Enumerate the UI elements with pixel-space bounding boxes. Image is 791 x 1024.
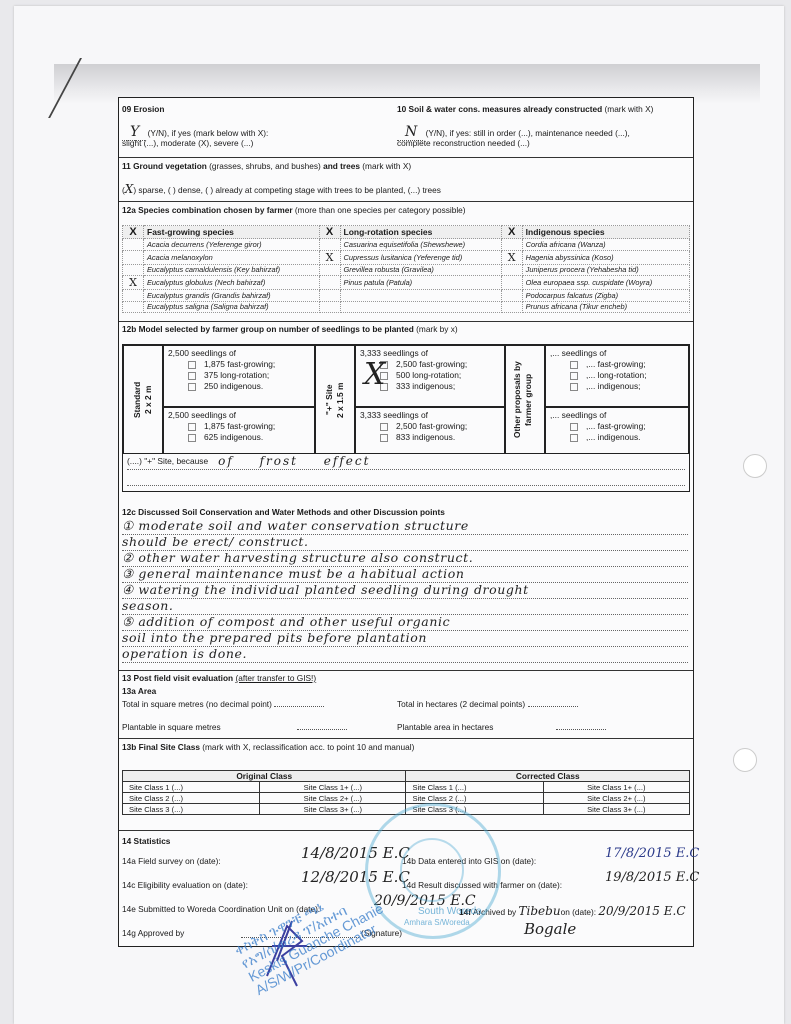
swc-reconstruction[interactable]: complete reconstruction needed (...)	[397, 138, 530, 148]
species-row: Eucalyptus grandis (Grandis bahirzaf)Pod…	[123, 290, 690, 302]
discussion-title: 12c Discussed Soil Conservation and Wate…	[122, 507, 445, 517]
punch-hole	[743, 454, 767, 478]
x-header: X	[319, 226, 340, 239]
other-proposals-label: Other proposals by farmer group	[512, 352, 540, 448]
species-mark-cell[interactable]	[319, 239, 340, 251]
species-name: Eucalyptus grandis (Grandis bahirzaf)	[144, 290, 320, 302]
checkbox[interactable]	[570, 423, 578, 431]
species-name: Acacia melanoxylon	[144, 250, 320, 264]
species-name: Podocarpus falcatus (Zigba)	[522, 290, 689, 302]
species-mark-cell[interactable]: X	[319, 250, 340, 264]
reason-line-2[interactable]	[127, 472, 685, 486]
vegetation-options[interactable]: (X) sparse, ( ) dense, ( ) already at co…	[122, 182, 441, 196]
discussion-line[interactable]: ③ general maintenance must be a habitual…	[122, 567, 688, 583]
model-standard-b[interactable]: 2,500 seedlings of 1,875 fast-growing; 6…	[163, 407, 315, 454]
model-other-b[interactable]: ,... seedlings of ,... fast-growing; ,..…	[545, 407, 689, 454]
fast-growing-header: Fast-growing species	[144, 226, 320, 239]
species-name: Casuarina equisetifolia (Shewshewe)	[340, 239, 501, 251]
archived-by-surname: Bogale	[524, 920, 576, 938]
species-name	[340, 290, 501, 302]
site-class-option[interactable]: Site Class 3+ (...)	[260, 804, 406, 815]
species-mark-cell[interactable]	[319, 264, 340, 276]
discussion-line[interactable]: ④ watering the individual planted seedli…	[122, 583, 688, 599]
checkbox[interactable]	[570, 434, 578, 442]
total-sqm-field[interactable]	[274, 706, 324, 707]
plus-site-reason: (....) "+" Site, because of frost effect	[123, 454, 689, 491]
species-row: Acacia melanoxylonXCupressus lusitanica …	[123, 250, 690, 264]
species-name: Olea europaea ssp. cuspidate (Woyra)	[522, 276, 689, 290]
species-row: Acacia decurrens (Yeferenge giror)Casuar…	[123, 239, 690, 251]
section-12a: 12a Species combination chosen by farmer…	[119, 201, 693, 322]
species-mark-cell[interactable]	[123, 239, 144, 251]
vegetation-mark: X	[125, 182, 134, 196]
model-other-a[interactable]: ,... seedlings of ,... fast-growing; ,..…	[545, 345, 689, 407]
indigenous-header: Indigenous species	[522, 226, 689, 239]
species-name: Eucalyptus globulus (Nech bahirzaf)	[144, 276, 320, 290]
erosion-severity[interactable]: slight (...), moderate (X), severe (...)	[122, 138, 253, 148]
area-title: 13a Area	[122, 686, 156, 696]
vegetation-title: 11 Ground vegetation (grasses, shrubs, a…	[122, 161, 411, 171]
species-mark-cell[interactable]	[501, 239, 522, 251]
selected-mark: X	[364, 360, 385, 390]
model-title: 12b Model selected by farmer group on nu…	[122, 324, 458, 334]
site-class-option[interactable]: Site Class 2 (...)	[123, 793, 260, 804]
punch-hole	[733, 748, 757, 772]
post-visit-title: 13 Post field visit evaluation (after tr…	[122, 673, 316, 683]
swc-options: (Y/N), if yes: still in order (...), mai…	[426, 128, 630, 138]
field-survey-label: 14a Field survey on (date):	[122, 856, 221, 866]
species-row: Eucalyptus saligna (Saligna bahirzaf)Pru…	[123, 301, 690, 313]
because-label: (....) "+" Site, because	[127, 456, 208, 469]
species-mark-cell[interactable]	[501, 301, 522, 313]
site-class-option[interactable]: Site Class 1+ (...)	[260, 782, 406, 793]
checkbox[interactable]	[380, 434, 388, 442]
site-class-option[interactable]: Site Class 3 (...)	[123, 804, 260, 815]
discussion-line[interactable]: operation is done.	[122, 647, 688, 663]
species-name: Prunus africana (Tikur encheb)	[522, 301, 689, 313]
plantable-sqm-field[interactable]	[297, 729, 347, 730]
species-table: XFast-growing species XLong-rotation spe…	[122, 225, 690, 313]
species-name: Hagenia abyssinica (Koso)	[522, 250, 689, 264]
total-ha-field[interactable]	[528, 706, 578, 707]
discussion-line[interactable]: soil into the prepared pits before plant…	[122, 631, 688, 647]
site-class-option[interactable]: Site Class 2+ (...)	[543, 793, 689, 804]
x-header: X	[123, 226, 144, 239]
section-13a: 13 Post field visit evaluation (after tr…	[119, 670, 693, 739]
discussion-line[interactable]: ⑤ addition of compost and other useful o…	[122, 615, 688, 631]
corrected-class-header: Corrected Class	[406, 771, 690, 782]
erosion-yn-label: (Y/N), if yes (mark below with X):	[148, 128, 269, 138]
archived-row: 14f Archived by Tibebuon (date): 20/9/20…	[459, 904, 686, 918]
site-class-row: Site Class 2 (...)Site Class 2+ (...)Sit…	[123, 793, 690, 804]
erosion-title: 09 Erosion	[122, 104, 164, 114]
species-mark-cell[interactable]	[123, 264, 144, 276]
discussion-lines[interactable]: ① moderate soil and water conservation s…	[122, 519, 688, 663]
site-class-option[interactable]: Site Class 2 (...)	[406, 793, 543, 804]
seedling-model-grid: Standard2 x 2 m 2,500 seedlings of 1,875…	[122, 344, 690, 492]
species-mark-cell[interactable]	[123, 301, 144, 313]
species-name: Cordia africana (Wanza)	[522, 239, 689, 251]
final-class-title: 13b Final Site Class (mark with X, recla…	[122, 742, 414, 752]
model-plus-b[interactable]: 3,333 seedlings of 2,500 fast-growing; 8…	[355, 407, 505, 454]
statistics-title: 14 Statistics	[122, 836, 170, 846]
discussion-line[interactable]: should be erect/ construct.	[122, 535, 688, 551]
species-mark-cell[interactable]	[319, 290, 340, 302]
archived-by-name[interactable]: Tibebu	[519, 904, 561, 918]
discussed-date[interactable]: 19/8/2015 E.C	[605, 870, 699, 885]
site-class-option[interactable]: Site Class 1+ (...)	[543, 782, 689, 793]
swc-title: 10 Soil & water cons. measures already c…	[397, 104, 653, 114]
site-class-option[interactable]: Site Class 1 (...)	[406, 782, 543, 793]
species-row: Eucalyptus camaldulensis (Key bahirzaf)G…	[123, 264, 690, 276]
total-sqm: Total in square metres (no decimal point…	[122, 699, 324, 709]
gis-entry-date[interactable]: 17/8/2015 E.C	[605, 846, 699, 861]
species-mark-cell[interactable]: X	[123, 276, 144, 290]
original-class-header: Original Class	[123, 771, 406, 782]
species-mark-cell[interactable]: X	[501, 250, 522, 264]
species-mark-cell[interactable]	[319, 276, 340, 290]
species-name: Eucalyptus camaldulensis (Key bahirzaf)	[144, 264, 320, 276]
checkbox[interactable]	[188, 383, 196, 391]
checkbox[interactable]	[188, 361, 196, 369]
species-name	[340, 301, 501, 313]
species-mark-cell[interactable]	[123, 290, 144, 302]
checkbox[interactable]	[570, 372, 578, 380]
species-name: Grevillea robusta (Gravilea)	[340, 264, 501, 276]
site-class-option[interactable]: Site Class 3+ (...)	[543, 804, 689, 815]
checkbox[interactable]	[188, 423, 196, 431]
model-standard-a[interactable]: 2,500 seedlings of 1,875 fast-growing; 3…	[163, 345, 315, 407]
long-rotation-header: Long-rotation species	[340, 226, 501, 239]
species-name: Juniperus procera (Yehabesha tid)	[522, 264, 689, 276]
site-class-row: Site Class 1 (...)Site Class 1+ (...)Sit…	[123, 782, 690, 793]
species-name: Eucalyptus saligna (Saligna bahirzaf)	[144, 301, 320, 313]
checkbox[interactable]	[570, 383, 578, 391]
discussion-line[interactable]: season.	[122, 599, 688, 615]
section-09-10: 09 Erosion Y (Y/N), if yes (mark below w…	[119, 98, 693, 158]
archived-date[interactable]: 20/9/2015 E.C	[598, 904, 685, 918]
site-class-option[interactable]: Site Class 2+ (...)	[260, 793, 406, 804]
section-12c: 12c Discussed Soil Conservation and Wate…	[119, 499, 693, 671]
site-class-option[interactable]: Site Class 1 (...)	[123, 782, 260, 793]
species-title: 12a Species combination chosen by farmer…	[122, 205, 466, 215]
discussion-line[interactable]: ① moderate soil and water conservation s…	[122, 519, 688, 535]
plantable-ha: Plantable area in hectares	[397, 722, 606, 732]
species-mark-cell[interactable]	[123, 250, 144, 264]
standard-label: Standard2 x 2 m	[132, 364, 154, 436]
species-mark-cell[interactable]	[319, 301, 340, 313]
species-name: Cupressus lusitanica (Yeferenge tid)	[340, 250, 501, 264]
checkbox[interactable]	[188, 372, 196, 380]
species-row: XEucalyptus globulus (Nech bahirzaf)Pinu…	[123, 276, 690, 290]
model-plus-a[interactable]: 3,333 seedlings of 2,500 fast-growing; 5…	[355, 345, 505, 407]
because-value[interactable]: of frost effect	[218, 456, 370, 469]
checkbox[interactable]	[570, 361, 578, 369]
checkbox[interactable]	[188, 434, 196, 442]
species-name: Acacia decurrens (Yeferenge giror)	[144, 239, 320, 251]
discussion-line[interactable]: ② other water harvesting structure also …	[122, 551, 688, 567]
plantable-ha-field[interactable]	[556, 729, 606, 730]
species-mark-cell[interactable]	[501, 276, 522, 290]
total-ha: Total in hectares (2 decimal points)	[397, 699, 578, 709]
species-mark-cell[interactable]	[501, 290, 522, 302]
section-11: 11 Ground vegetation (grasses, shrubs, a…	[119, 157, 693, 202]
approved-label: 14g Approved by	[122, 928, 184, 938]
checkbox[interactable]	[380, 423, 388, 431]
species-name: Pinus patula (Patula)	[340, 276, 501, 290]
x-header: X	[501, 226, 522, 239]
plus-site-label: "+" Site2 x 1.5 m	[324, 364, 346, 436]
plantable-sqm: Plantable in square metres	[122, 722, 347, 732]
species-mark-cell[interactable]	[501, 264, 522, 276]
eligibility-label: 14c Eligibility evaluation on (date):	[122, 880, 248, 890]
